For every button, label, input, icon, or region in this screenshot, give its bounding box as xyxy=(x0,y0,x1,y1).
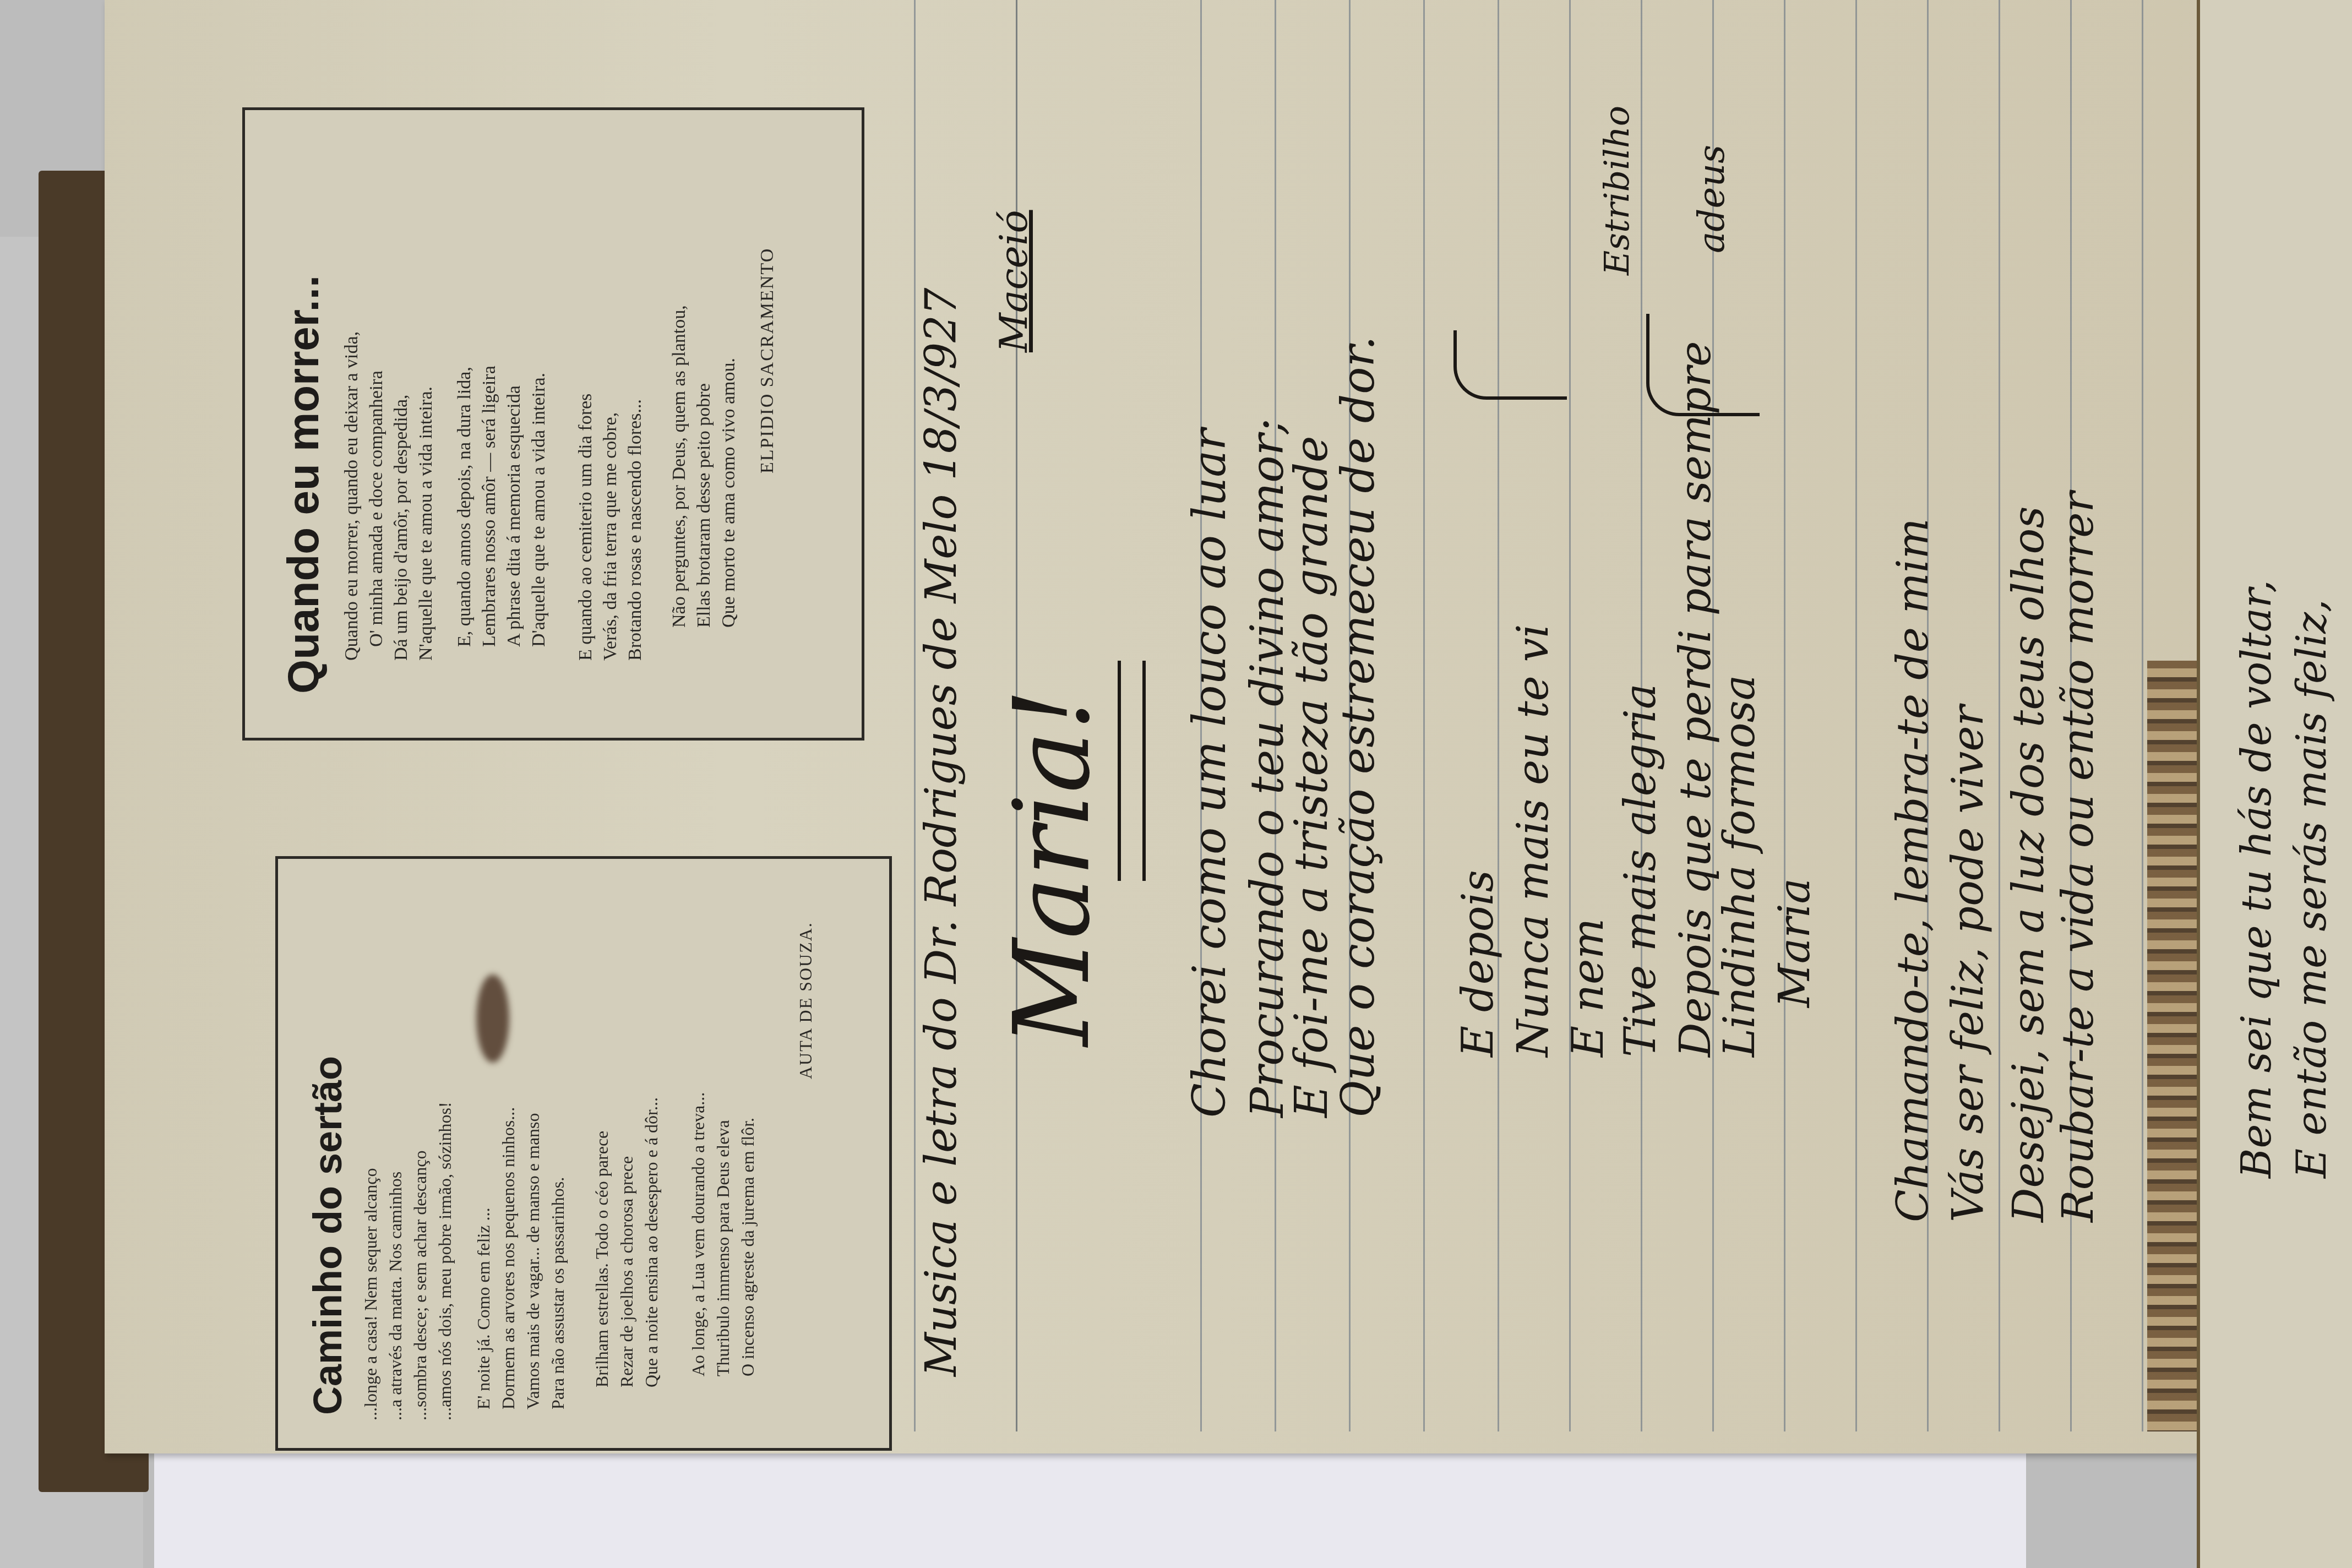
lyric-line: Chorei como um louco ao luar xyxy=(1184,429,1236,1118)
poem-line: O incenso agreste da jurema em flôr. xyxy=(738,1118,758,1376)
poem-line: ...longe a casa! Nem sequer alcanço xyxy=(361,1168,381,1420)
lyric-line: Chamando-te, lembra-te de mim xyxy=(1888,518,1938,1222)
poem-line: E, quando annos depois, na dura lida, xyxy=(454,367,475,647)
poem-line: ...sombra desce; e sem achar descanço xyxy=(410,1151,431,1420)
adjacent-page-strip: Bem sei que tu hás de voltar, E então me… xyxy=(2197,0,2352,1568)
lyric-line: Lindinha formosa xyxy=(1715,675,1765,1057)
poem-line: ...a através da matta. Nos caminhos xyxy=(385,1172,406,1420)
poem-line: Para não assustar os passarinhos. xyxy=(548,1177,568,1409)
newspaper-clipping-quando-eu-morrer: Quando eu morrer... Quando eu morrer, qu… xyxy=(242,107,864,741)
lyric-line: Vás ser feliz, pode viver xyxy=(1943,705,1993,1222)
lyric-line: Bem sei que tu hás de voltar, xyxy=(2233,580,2280,1178)
poem-line: Vamos mais de vagar... de manso e manso xyxy=(523,1113,543,1409)
farewell-brace xyxy=(1646,314,1760,416)
poem-line: Que a noite ensina ao desespero e á dôr.… xyxy=(641,1097,662,1387)
poem-line: O' minha amada e doce companheira xyxy=(366,371,387,647)
poem-line: E quando ao cemiterio um dia fores xyxy=(575,394,596,661)
lyric-line: E depois xyxy=(1453,870,1503,1057)
lyric-line: E nem xyxy=(1564,918,1613,1057)
clipping-title: Quando eu morrer... xyxy=(278,275,329,694)
poem-line: Rezar de joelhos a chorosa prece xyxy=(617,1156,637,1387)
poem-line: Lembrares nosso amôr — será ligeira xyxy=(479,366,500,647)
lyric-line: Desejei, sem a luz dos teus olhos xyxy=(2004,507,2054,1222)
poem-line: E' noite já. Como em feliz ... xyxy=(473,1207,494,1409)
poem-line: Dormem as arvores nos pequenos ninhos... xyxy=(498,1107,519,1409)
lyric-line: Tive mais alegria xyxy=(1616,683,1665,1057)
poem-line: A phrase dita á memoria esquecida xyxy=(504,385,525,647)
poem-line: Dá um beijo d'amôr, por despedida, xyxy=(391,395,412,661)
clipping-title: Caminho do sertão xyxy=(306,1056,351,1415)
lyric-line: Maria xyxy=(1770,878,1820,1008)
poem-line: Brilham estrellas. Todo o céo parece xyxy=(592,1131,612,1387)
margin-note-refrain: Estribilho xyxy=(1597,106,1637,275)
lyric-line: E foi-me a tristeza tão grande xyxy=(1286,435,1338,1118)
clipping-author: AUTA DE SOUZA. xyxy=(796,922,816,1079)
title-underline xyxy=(1142,661,1146,881)
poem-line: Não perguntes, por Deus, quem as plantou… xyxy=(669,305,690,628)
poem-line: Brotando rosas e nascendo flores... xyxy=(625,399,646,661)
poem-line: ...amos nós dois, meu pobre irmão, sózin… xyxy=(435,1102,455,1420)
margin-note-farewell: adeus xyxy=(1690,145,1733,253)
poem-line: Thuribulo immenso para Deus eleva xyxy=(713,1120,733,1376)
manuscript-place: Maceió xyxy=(991,210,1036,352)
poem-line: Verás, da fria terra que me cobre, xyxy=(600,412,621,661)
poem-line: Ao longe, a Lua vem dourando a treva... xyxy=(688,1092,709,1376)
poem-line: N'aquelle que te amou a vida inteira. xyxy=(416,386,437,661)
title-underline xyxy=(1118,661,1121,881)
poem-line: Ellas brotaram desse peito pobre xyxy=(694,383,715,628)
newspaper-clipping-caminho-do-sertao: Caminho do sertão ...longe a casa! Nem s… xyxy=(275,856,892,1451)
clipping-author: ELPIDIO SACRAMENTO xyxy=(757,248,778,473)
ink-stain xyxy=(476,974,509,1063)
poem-line: D'aquelle que te amou a vida inteira. xyxy=(529,373,549,647)
lyric-line: E então me serás mais feliz, xyxy=(2288,599,2335,1178)
song-title: Maria! xyxy=(991,689,1113,1046)
lyric-line: Nunca mais eu te vi xyxy=(1509,624,1558,1057)
lyric-line: Que o coração estremeceu de dor. xyxy=(1332,336,1385,1118)
manuscript-header: Musica e letra do Dr. Rodrigues de Melo … xyxy=(917,288,966,1377)
lyric-line: Roubar-te a vida ou então morrer xyxy=(2054,492,2103,1222)
poem-line: Que morto te ama como vivo amou. xyxy=(718,358,739,628)
lyric-line: Depois que te perdi para sempre xyxy=(1671,341,1721,1057)
poem-line: Quando eu morrer, quando eu deixar a vid… xyxy=(341,331,362,661)
refrain-brace xyxy=(1453,330,1567,400)
